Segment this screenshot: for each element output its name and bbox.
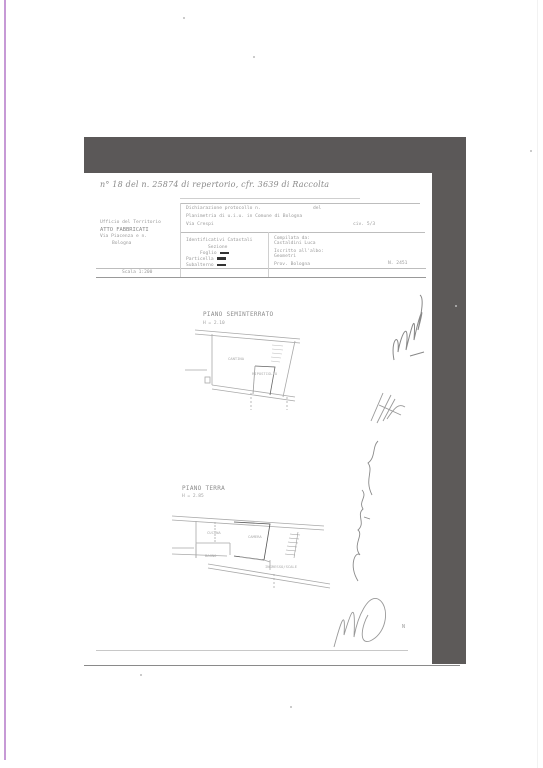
civic-number: civ. 5/3 — [353, 222, 375, 228]
identifier-row: Subalterno — [186, 263, 226, 269]
scan-shadow-top — [84, 137, 466, 173]
room-label: CANTINA — [228, 356, 244, 361]
legend-swatch — [217, 264, 226, 266]
address-line: Via Crespi — [186, 222, 214, 228]
office-line: Ufficio del Territorio — [100, 220, 161, 226]
title-block-divider — [180, 203, 181, 277]
province-label: Prov. Bologna — [274, 262, 310, 268]
signature-2 — [365, 385, 415, 430]
scan-speck — [183, 17, 185, 19]
identifier-label: Foglio — [200, 251, 217, 256]
legend-swatch — [217, 257, 226, 260]
compiler-name: Castaldini Luca — [274, 241, 316, 247]
scan-speck — [530, 150, 532, 152]
handwritten-header: n° 18 del n. 25874 di repertorio, cfr. 3… — [100, 180, 329, 189]
signature-4 — [328, 585, 408, 655]
floorplan-ground — [172, 510, 332, 590]
register-number: N. 2451 — [388, 261, 407, 267]
room-label: RIPOSTIGLIO — [252, 371, 277, 376]
title-block-rule — [96, 277, 426, 278]
signature-1 — [380, 290, 430, 370]
title-block-divider — [268, 232, 269, 277]
protocol-date-label: del — [313, 206, 321, 212]
room-label: CAMERA — [248, 534, 262, 539]
page-right-edge — [537, 0, 538, 768]
signature-3 — [338, 435, 388, 585]
scan-speck — [290, 706, 292, 708]
floorplan-basement — [185, 325, 315, 410]
identifier-label: Particella — [186, 257, 214, 262]
planimetry-line: Planimetria di u.i.u. in Comune di Bolog… — [186, 214, 302, 220]
room-label: CUCINA — [207, 530, 221, 535]
scan-speck — [455, 305, 457, 307]
plan-title-basement: PIANO SEMINTERRATO — [203, 311, 273, 318]
office-line: Bologna — [112, 241, 131, 247]
protocol-line: Dichiarazione protocollo n. — [186, 206, 261, 212]
room-label: INGRESSO/SCALE — [265, 564, 297, 569]
room-label: BAGNO — [205, 553, 216, 558]
plan-height-ground: H = 2.85 — [182, 494, 204, 499]
north-marker: N — [402, 624, 405, 630]
scan-speck — [140, 674, 142, 676]
office-line: ATTO FABBRICATI — [100, 227, 149, 233]
header-underline — [180, 198, 360, 199]
sheet-bottom-rule — [84, 665, 460, 666]
title-block-rule — [96, 268, 426, 269]
register-value: Geometri — [274, 254, 296, 260]
identifiers-heading: Identificativi Catastali — [186, 238, 252, 244]
office-line: Via Piacenza e n. — [100, 234, 147, 240]
legend-swatch — [220, 252, 229, 254]
identifier-label: Subalterno — [186, 263, 214, 268]
scan-speck — [253, 56, 255, 58]
page-edge-border — [4, 0, 6, 760]
scale-label: Scala 1:200 — [122, 270, 152, 276]
plan-title-ground: PIANO TERRA — [182, 485, 225, 492]
title-block-rule — [180, 203, 420, 204]
scan-shadow-right — [432, 170, 466, 664]
title-block-rule — [180, 232, 425, 233]
